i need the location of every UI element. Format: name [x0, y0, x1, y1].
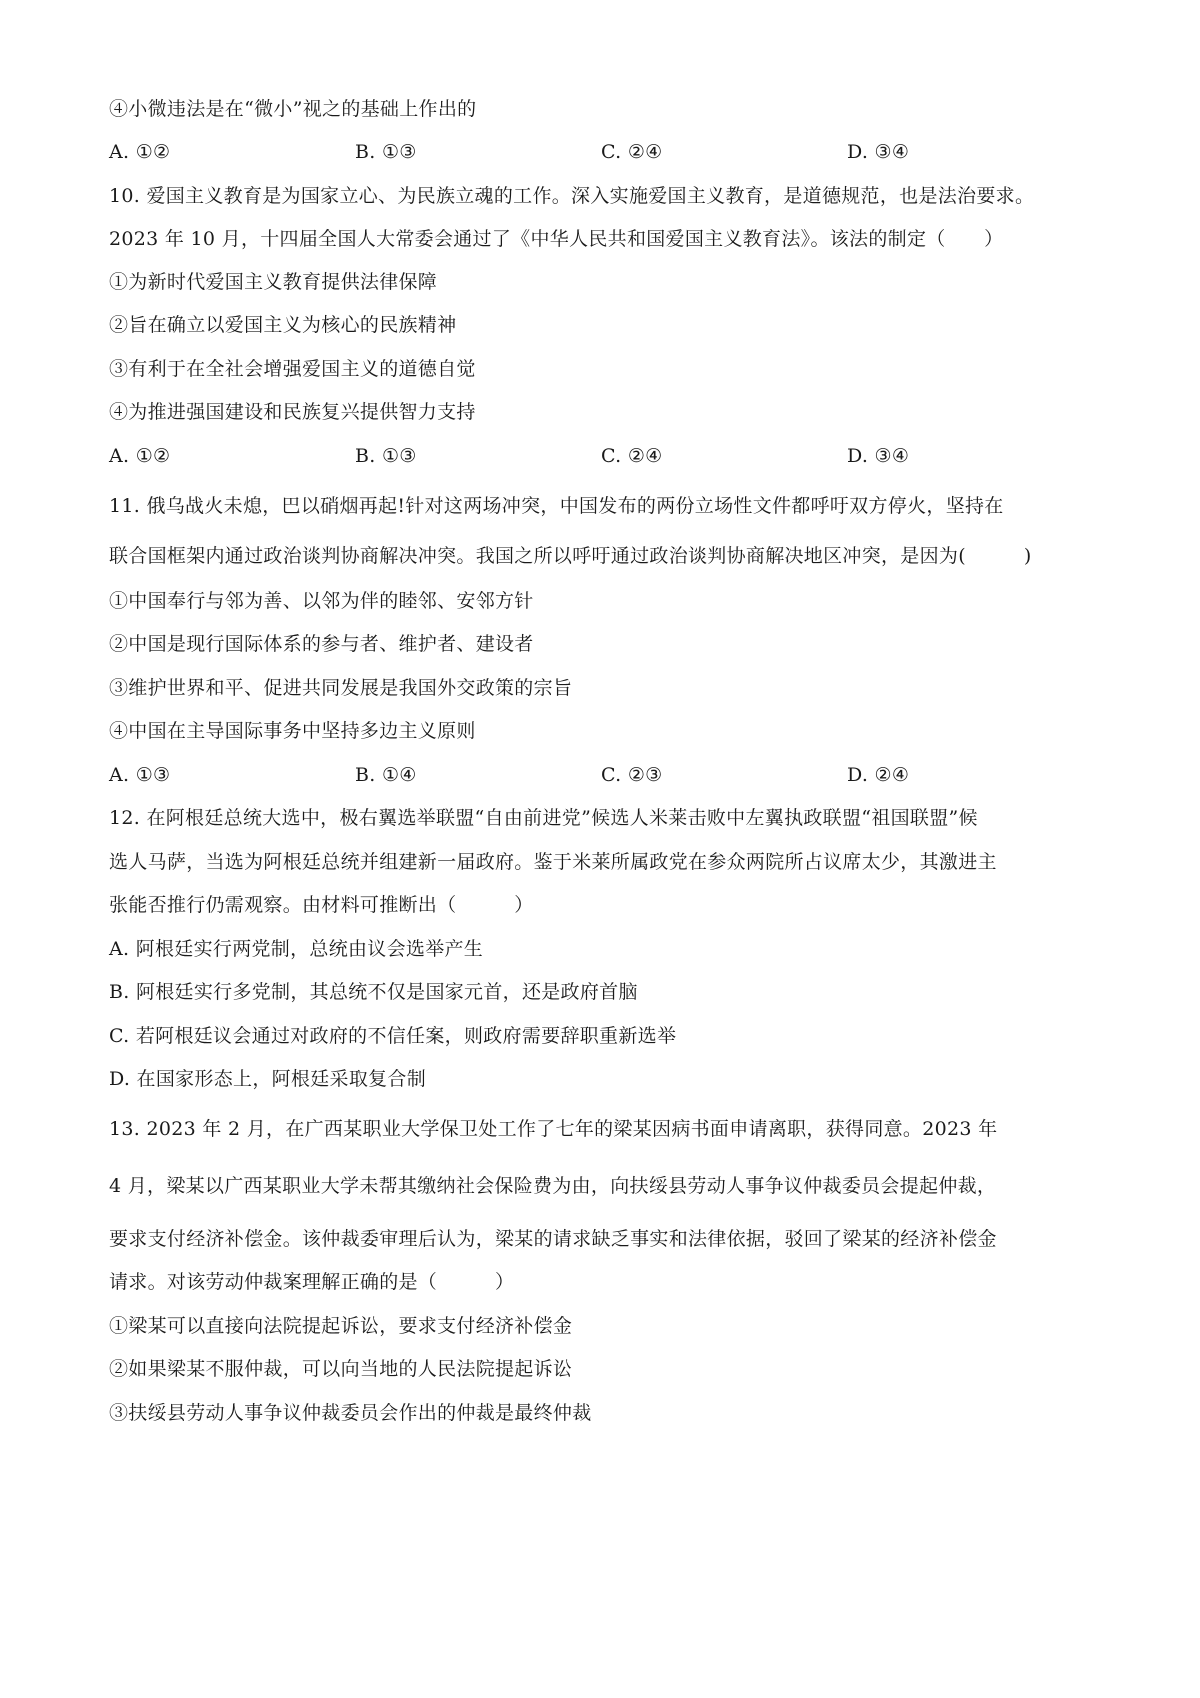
q13-item-1: ①梁某可以直接向法院提起诉讼，要求支付经济补偿金 [109, 1313, 572, 1339]
q10-option-d: D. ③④ [847, 443, 909, 469]
q10-stem-line-1: 10. 爱国主义教育是为国家立心、为民族立魂的工作。深入实施爱国主义教育，是道德… [109, 183, 1034, 209]
q12-option-c: C. 若阿根廷议会通过对政府的不信任案，则政府需要辞职重新选举 [109, 1023, 676, 1049]
q10-item-4: ④为推进强国建设和民族复兴提供智力支持 [109, 399, 476, 425]
q11-stem-line-2: 联合国框架内通过政治谈判协商解决冲突。我国之所以呼吁通过政治谈判协商解决地区冲突… [109, 543, 1032, 569]
q12-option-d: D. 在国家形态上，阿根廷采取复合制 [109, 1066, 426, 1092]
q13-stem-line-4: 请求。对该劳动仲裁案理解正确的是（ ） [109, 1269, 514, 1295]
q10-item-1: ①为新时代爱国主义教育提供法律保障 [109, 269, 437, 295]
q10-item-3: ③有利于在全社会增强爱国主义的道德自觉 [109, 356, 476, 382]
q10-option-a: A. ①② [109, 443, 170, 469]
q10-stem-line-2: 2023 年 10 月，十四届全国人大常委会通过了《中华人民共和国爱国主义教育法… [109, 226, 1003, 252]
q10-option-c: C. ②④ [601, 443, 663, 469]
q9-options: A. ①② B. ①③ C. ②④ D. ③④ [109, 139, 1109, 165]
q13-item-2: ②如果梁某不服仲裁，可以向当地的人民法院提起诉讼 [109, 1356, 572, 1382]
q10-item-2: ②旨在确立以爱国主义为核心的民族精神 [109, 312, 456, 338]
q12-option-a: A. 阿根廷实行两党制，总统由议会选举产生 [109, 936, 483, 962]
q11-stem-line-1: 11. 俄乌战火未熄，巴以硝烟再起!针对这两场冲突，中国发布的两份立场性文件都呼… [109, 493, 1004, 519]
q12-stem-line-1: 12. 在阿根廷总统大选中，极右翼选举联盟“自由前进党”候选人米莱击败中左翼执政… [109, 805, 978, 831]
q12-stem-line-2: 选人马萨，当选为阿根廷总统并组建新一届政府。鉴于米莱所属政党在参众两院所占议席太… [109, 849, 997, 875]
q13-item-3: ③扶绥县劳动人事争议仲裁委员会作出的仲裁是最终仲裁 [109, 1400, 592, 1426]
q13-stem-line-3: 要求支付经济补偿金。该仲裁委审理后认为，梁某的请求缺乏事实和法律依据，驳回了梁某… [109, 1226, 997, 1252]
q11-option-a: A. ①③ [109, 762, 170, 788]
q13-stem-line-2: 4 月，梁某以广西某职业大学未帮其缴纳社会保险费为由，向扶绥县劳动人事争议仲裁委… [109, 1173, 996, 1199]
q12-option-b: B. 阿根廷实行多党制，其总统不仅是国家元首，还是政府首脑 [109, 979, 638, 1005]
q12-stem-line-3: 张能否推行仍需观察。由材料可推断出（ ） [109, 892, 534, 918]
q9-option-a: A. ①② [109, 139, 170, 165]
q10-option-b: B. ①③ [355, 443, 417, 469]
q11-options: A. ①③ B. ①④ C. ②③ D. ②④ [109, 762, 1109, 788]
q11-option-d: D. ②④ [847, 762, 909, 788]
q11-item-4: ④中国在主导国际事务中坚持多边主义原则 [109, 718, 476, 744]
q11-item-2: ②中国是现行国际体系的参与者、维护者、建设者 [109, 631, 534, 657]
q11-option-b: B. ①④ [355, 762, 417, 788]
q9-item-4: ④小微违法是在“微小”视之的基础上作出的 [109, 96, 476, 122]
q11-item-3: ③维护世界和平、促进共同发展是我国外交政策的宗旨 [109, 675, 572, 701]
q11-item-1: ①中国奉行与邻为善、以邻为伴的睦邻、安邻方针 [109, 588, 534, 614]
q9-option-c: C. ②④ [601, 139, 663, 165]
q9-option-d: D. ③④ [847, 139, 909, 165]
q13-stem-line-1: 13. 2023 年 2 月，在广西某职业大学保卫处工作了七年的梁某因病书面申请… [109, 1116, 997, 1142]
q11-option-c: C. ②③ [601, 762, 663, 788]
q9-option-b: B. ①③ [355, 139, 417, 165]
q10-options: A. ①② B. ①③ C. ②④ D. ③④ [109, 443, 1109, 469]
